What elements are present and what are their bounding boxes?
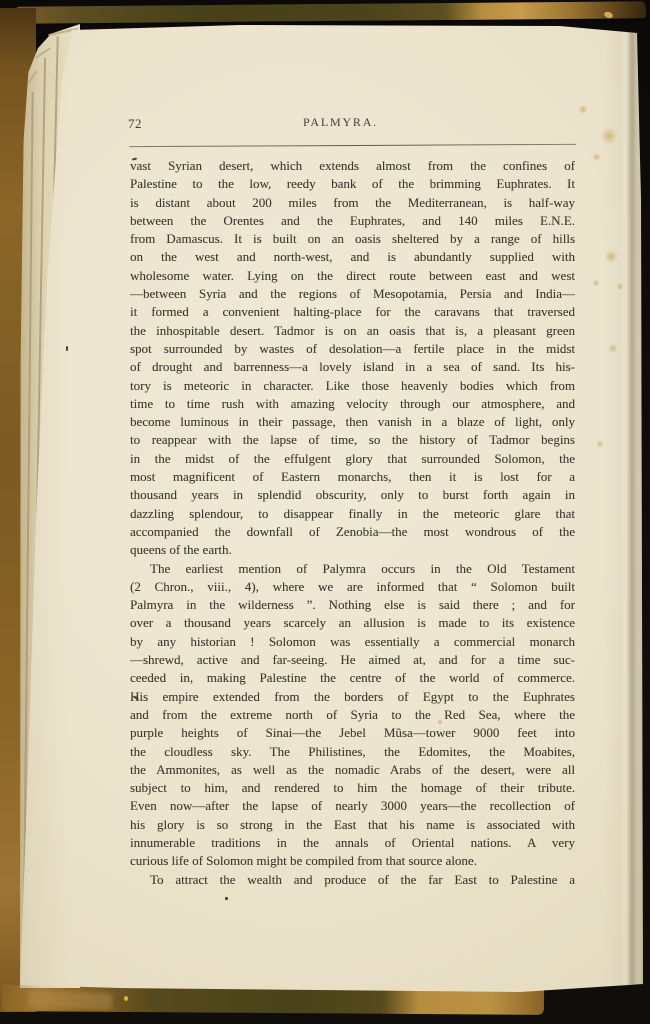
photographed-book: 72 PALMYRA. vast Syrian desert, which ex…: [0, 0, 650, 1024]
text-line: Palestine to the low, reedy bank of the …: [130, 175, 575, 193]
text-line: accompanied the downfall of Zenobia—the …: [130, 523, 575, 541]
text-line: is distant about 200 miles from the Medi…: [130, 194, 575, 212]
text-line: —shrewd, active and far-seeing. He aimed…: [130, 651, 575, 669]
text-line: from Damascus. It is built on an oasis s…: [130, 230, 575, 248]
text-line: (2 Chron., viii., 4), where we are infor…: [130, 578, 575, 596]
text-line: to reappear with the lapse of time, so t…: [130, 431, 575, 449]
text-line: become luminous in their passage, then v…: [130, 413, 575, 431]
text-line: on the west and north-west, and is abund…: [130, 248, 575, 266]
cover-gilt-dot: [124, 996, 128, 1001]
text-line: The earliest mention of Palymra occurs i…: [130, 560, 575, 578]
text-line: and from the extreme north of Syria to t…: [130, 706, 575, 724]
text-line: dazzling splendour, to disappear finally…: [130, 505, 575, 523]
ink-speck: [225, 897, 228, 900]
gutter-crease: [620, 30, 640, 985]
text-line: his glory is so strong in the East that …: [130, 816, 575, 834]
text-line: most magnificent of Eastern monarchs, th…: [130, 468, 575, 486]
text-line: in the midst of the effulgent glory that…: [130, 450, 575, 468]
text-line: it formed a convenient halting-place for…: [130, 303, 575, 321]
cover-wear-scuff: [28, 991, 113, 1010]
text-line: ceeded in, making Palestine the centre o…: [130, 669, 575, 687]
text-line: tory is meteoric in character. Like thos…: [130, 377, 575, 395]
book-page: 72 PALMYRA. vast Syrian desert, which ex…: [0, 0, 650, 1024]
foxing-spot: [596, 440, 604, 448]
text-line: Palmyra in the wilderness ”. Nothing els…: [130, 596, 575, 614]
body-text: vast Syrian desert, which extends almost…: [130, 157, 575, 889]
foxing-spot: [592, 279, 600, 287]
text-line: the cloudless sky. The Philistines, the …: [130, 743, 575, 761]
book-cover-top-edge: [16, 1, 646, 23]
text-line: the Ammonites, as well as the nomadic Ar…: [130, 761, 575, 779]
text-line: the inhospitable desert. Tadmor is on an…: [130, 322, 575, 340]
header-rule: [129, 144, 576, 147]
text-line: time to time rush with amazing velocity …: [130, 395, 575, 413]
foxing-spot: [578, 105, 588, 114]
running-head: PALMYRA.: [118, 115, 563, 130]
foxing-spot: [608, 344, 618, 353]
foxing-spot: [592, 153, 601, 161]
text-line: curious life of Solomon might be compile…: [130, 852, 575, 870]
foxing-spot: [616, 283, 624, 290]
text-line: of drought and barrenness—a lovely islan…: [130, 358, 575, 376]
text-line: wholesome water. Lying on the direct rou…: [130, 267, 575, 285]
text-line: purple heights of Sinai—the Jebel Mûsa—t…: [130, 724, 575, 742]
text-line: subject to him, and rendered to him the …: [130, 779, 575, 797]
text-line: vast Syrian desert, which extends almost…: [130, 157, 575, 175]
text-line: His empire extended from the borders of …: [130, 688, 575, 706]
text-line: Even now—after the lapse of nearly 3000 …: [130, 797, 575, 815]
ink-speck: [66, 346, 68, 351]
text-line: spot surrounded by wastes of desolation—…: [130, 340, 575, 358]
text-line: thousand years in splendid obscurity, on…: [130, 486, 575, 504]
text-line: by any historian ! Solomon was essential…: [130, 633, 575, 651]
text-line: To attract the wealth and produce of the…: [130, 871, 575, 889]
text-line: over a thousand years scarcely an allusi…: [130, 614, 575, 632]
text-line: queens of the earth.: [130, 541, 575, 559]
text-line: innumerable traditions in the annals of …: [130, 834, 575, 852]
text-line: —between Syria and the regions of Mesopo…: [130, 285, 575, 303]
foxing-spot: [604, 250, 618, 263]
text-line: between the Orentes and the Euphrates, a…: [130, 212, 575, 230]
foxing-spot: [600, 128, 618, 144]
